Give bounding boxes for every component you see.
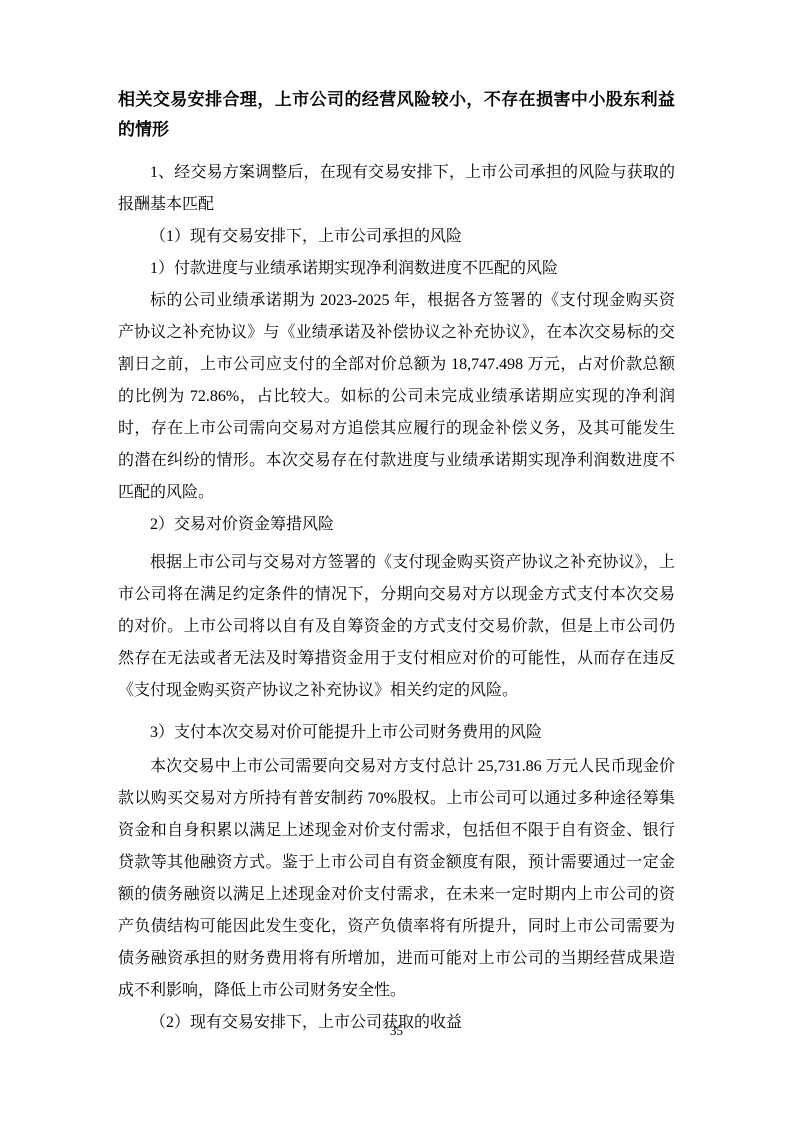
section-heading: 相关交易安排合理，上市公司的经营风险较小，不存在损害中小股东利益的情形: [118, 85, 675, 145]
paragraph-performance-commitment: 标的公司业绩承诺期为 2023-2025 年，根据各方签署的《支付现金购买资产协…: [118, 285, 675, 509]
subheading-financial-expense-risk: 3）支付本次交易对价可能提升上市公司财务费用的风险: [118, 717, 675, 749]
subheading-risks-borne: （1）现有交易安排下，上市公司承担的风险: [118, 221, 675, 253]
page-number: 35: [0, 1023, 793, 1039]
paragraph-risk-reward-match: 1、经交易方案调整后，在现有交易安排下，上市公司承担的风险与获取的报酬基本匹配: [118, 157, 675, 221]
paragraph-financial-expense-detail: 本次交易中上市公司需要向交易对方支付总计 25,731.86 万元人民币现金价款…: [118, 751, 675, 1007]
document-content: 相关交易安排合理，上市公司的经营风险较小，不存在损害中小股东利益的情形 1、经交…: [118, 85, 675, 1039]
subheading-payment-progress-risk: 1）付款进度与业绩承诺期实现净利润数进度不匹配的风险: [118, 253, 675, 285]
document-page: 相关交易安排合理，上市公司的经营风险较小，不存在损害中小股东利益的情形 1、经交…: [0, 0, 793, 1122]
paragraph-fundraising-detail: 根据上市公司与交易对方签署的《支付现金购买资产协议之补充协议》，上市公司将在满足…: [118, 547, 675, 707]
subheading-fundraising-risk: 2）交易对价资金筹措风险: [118, 509, 675, 541]
